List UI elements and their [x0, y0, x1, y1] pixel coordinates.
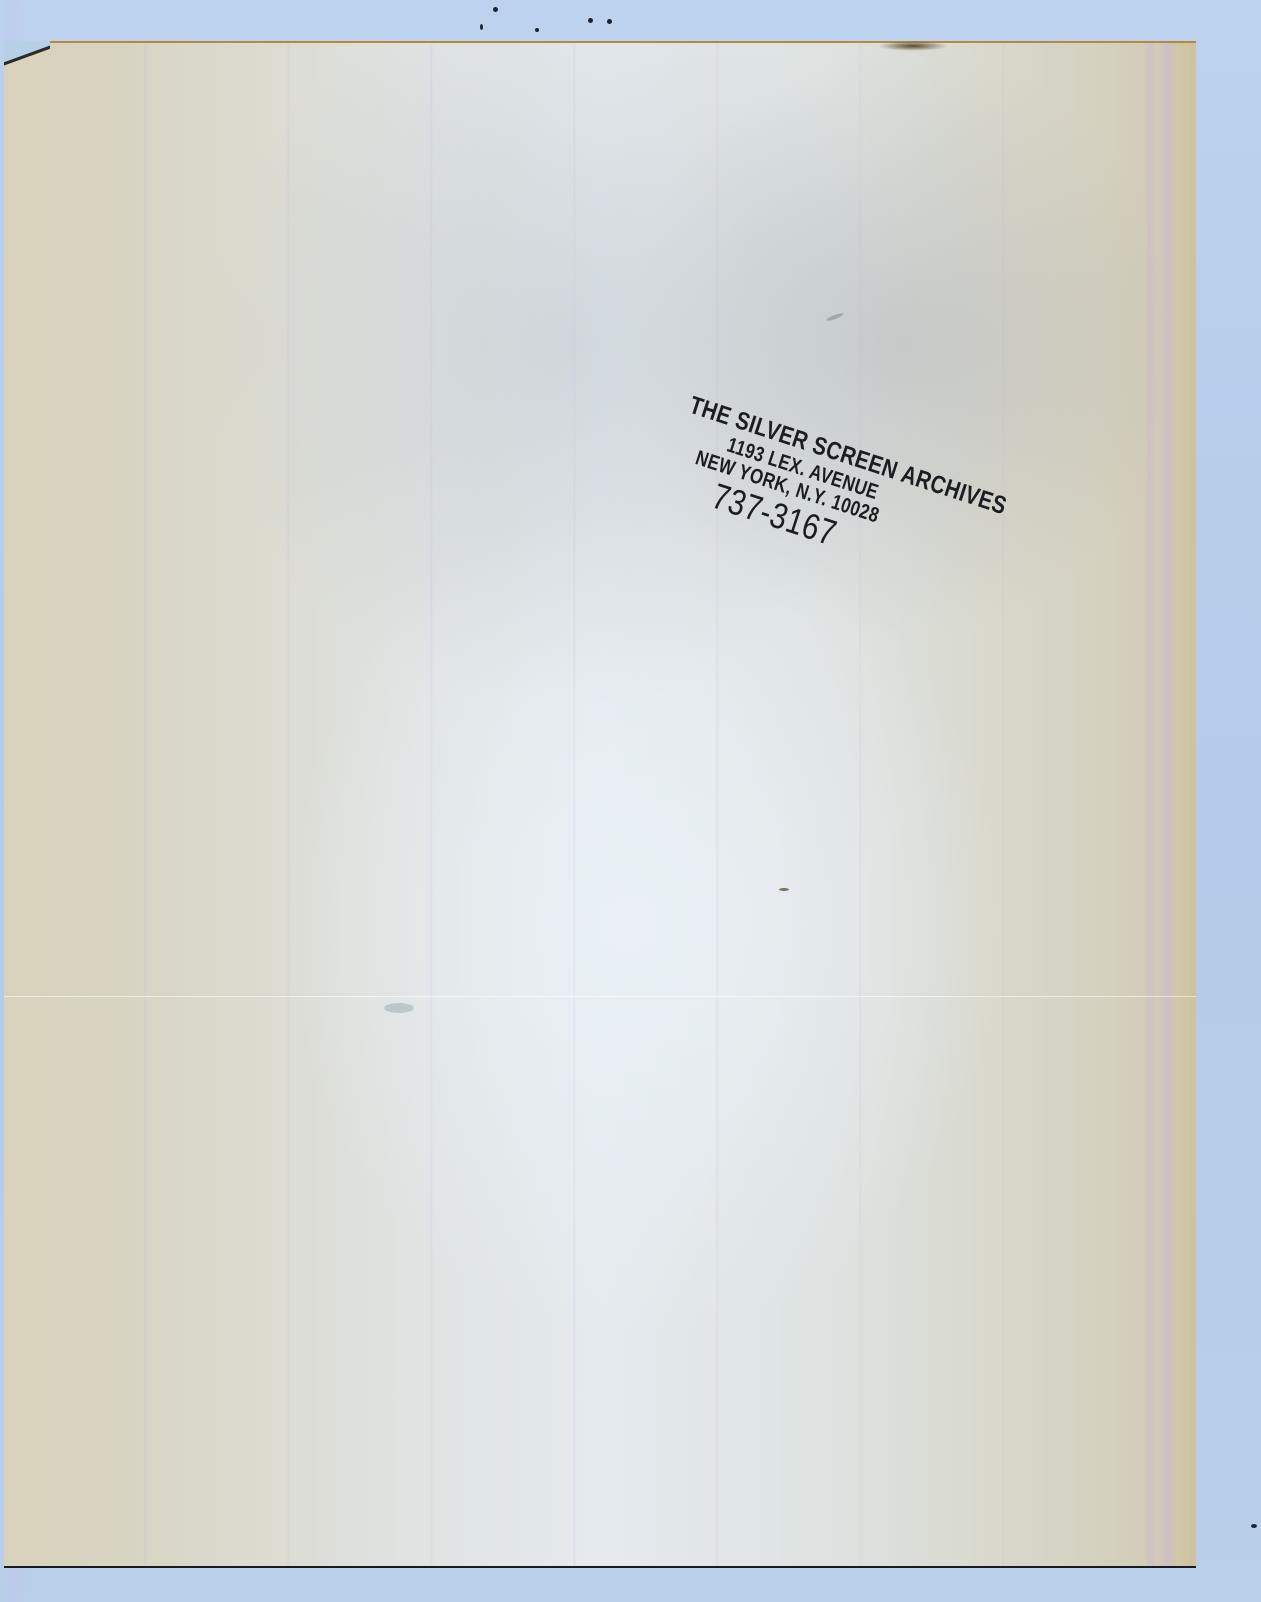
- debris-speck: [607, 19, 612, 24]
- debris-speck: [1251, 1524, 1257, 1528]
- ink-smudge: [826, 312, 844, 322]
- debris-speck: [588, 18, 593, 23]
- ink-smudge: [779, 888, 789, 891]
- crease-mark: [384, 1003, 414, 1013]
- debris-speck: [480, 24, 483, 30]
- photo-back-paper: THE SILVER SCREEN ARCHIVES 1193 LEX. AVE…: [4, 41, 1196, 1566]
- debris-speck: [493, 7, 498, 12]
- edge-stain: [878, 41, 948, 51]
- debris-speck: [535, 28, 539, 32]
- address-stamp: THE SILVER SCREEN ARCHIVES 1193 LEX. AVE…: [660, 393, 1079, 622]
- paper-edge-discoloration: [1148, 43, 1196, 1566]
- folded-corner: [4, 41, 50, 71]
